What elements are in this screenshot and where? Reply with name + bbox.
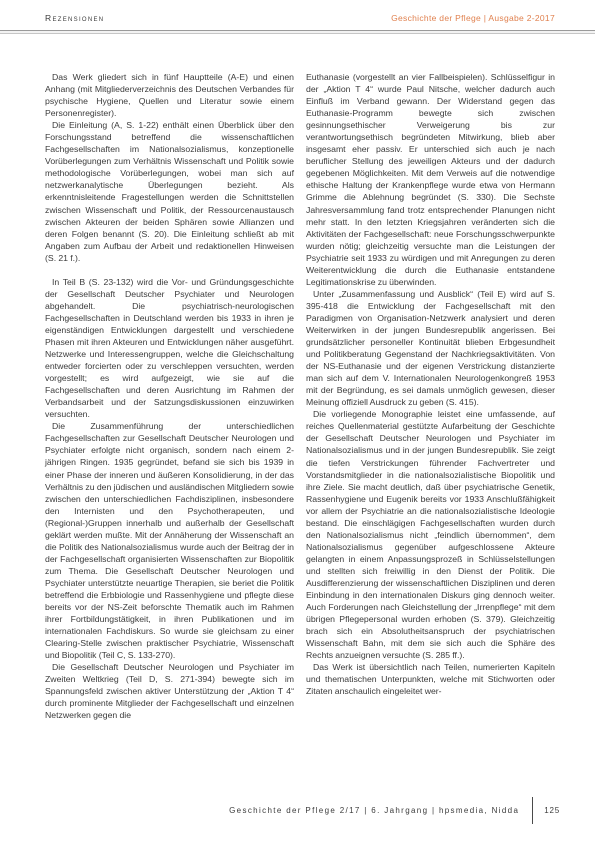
- paragraph: Die vorliegende Monographie leistet eine…: [306, 408, 555, 661]
- footer-journal-line: Geschichte der Pflege 2/17 | 6. Jahrgang…: [229, 806, 519, 815]
- paragraph: Unter „Zusammenfassung und Ausblick“ (Te…: [306, 288, 555, 408]
- journal-page: Rezensionen Geschichte der Pflege | Ausg…: [0, 0, 595, 842]
- footer-divider-rule: [532, 797, 533, 824]
- left-column: Das Werk gliedert sich in fünf Hauptteil…: [45, 71, 294, 721]
- paragraph: Euthanasie (vorgestellt an vier Fallbeis…: [306, 71, 555, 288]
- right-column: Euthanasie (vorgestellt an vier Fallbeis…: [306, 71, 555, 721]
- section-running-head: Rezensionen: [45, 13, 104, 23]
- paragraph: Die Gesellschaft Deutscher Neurologen un…: [45, 661, 294, 721]
- paragraph: In Teil B (S. 23-132) wird die Vor- und …: [45, 276, 294, 421]
- paragraph: Das Werk gliedert sich in fünf Hauptteil…: [45, 71, 294, 119]
- page-footer: Geschichte der Pflege 2/17 | 6. Jahrgang…: [0, 797, 560, 824]
- review-body: Das Werk gliedert sich in fünf Hauptteil…: [45, 71, 555, 721]
- journal-issue-running-head: Geschichte der Pflege | Ausgabe 2-2017: [391, 13, 555, 23]
- header-divider-rule: [0, 30, 595, 34]
- paragraph: Die Zusammenführung der unterschiedliche…: [45, 420, 294, 661]
- paragraph: Das Werk ist übersichtlich nach Teilen, …: [306, 661, 555, 697]
- paragraph: Die Einleitung (A, S. 1-22) enthält eine…: [45, 119, 294, 264]
- page-number: 125: [544, 806, 560, 815]
